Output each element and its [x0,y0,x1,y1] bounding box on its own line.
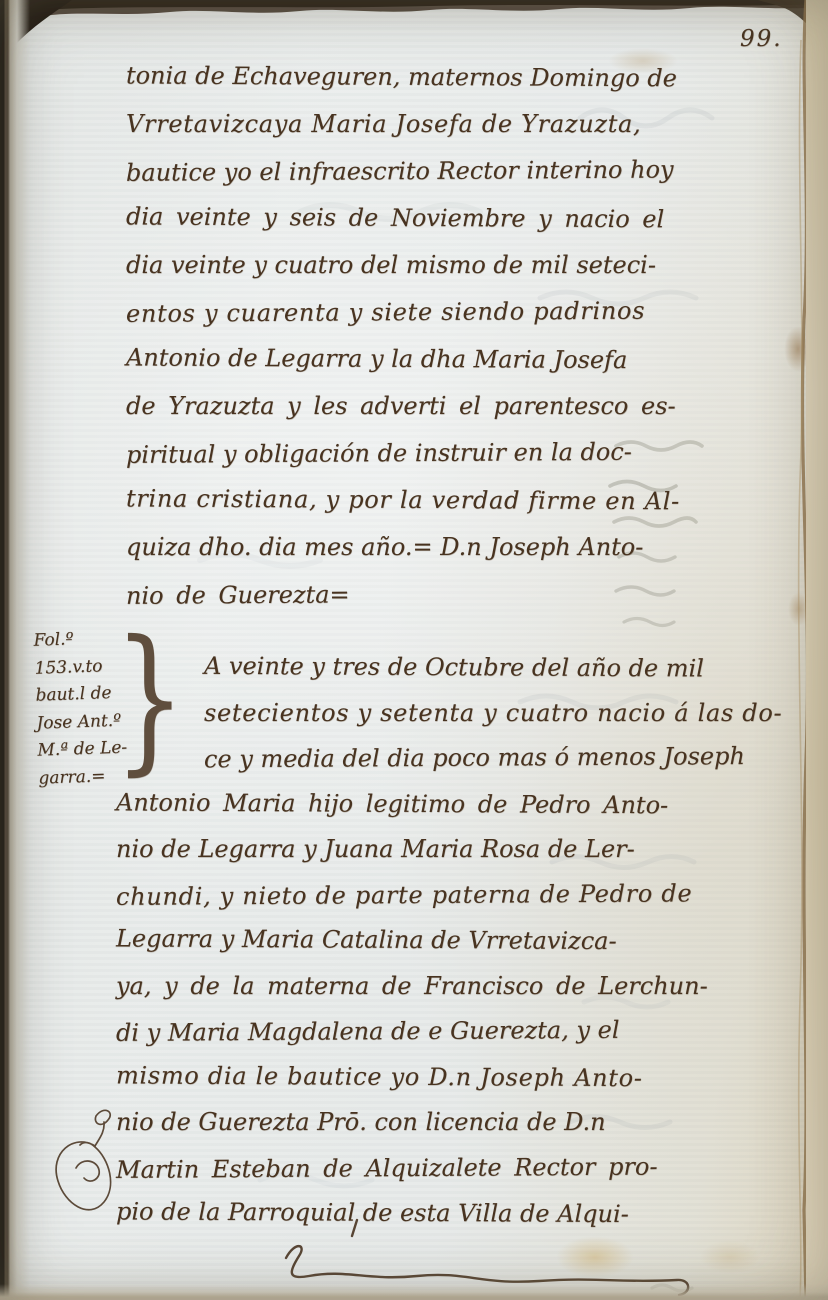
manuscript-line: de Yrazuzta y les adverti el parentesco … [106,383,746,430]
manuscript-line: Vrretavizcaya Maria Josefa de Yrazuzta, [106,101,746,148]
manuscript-line: ce y media del dia poco mas ó menos Jose… [100,734,750,783]
paper-stain [556,1236,634,1278]
manuscript-line: piritual y obligación de instruir en la … [106,428,746,479]
manuscript-line: di y Maria Magdalena de e Guerezta, y el [100,1007,750,1056]
manuscript-line: A veinte y tres de Octubre del año de mi… [100,643,750,692]
page-bottom-edge [0,1284,828,1300]
binding-edge [0,0,30,1300]
paper-stain [700,1240,760,1274]
manuscript-line: ya, y de la materna de Francisco de Lerc… [100,964,750,1010]
manuscript-line: chundi, y nieto de parte paterna de Pedr… [100,871,750,920]
manuscript-line: nio de Legarra y Juana Maria Rosa de Ler… [100,827,750,873]
manuscript-line: tonia de Echaveguren, maternos Domingo d… [106,52,746,102]
baptism-entry-continued: tonia de Echaveguren, maternos Domingo d… [106,54,746,618]
manuscript-line: nio de Guerezta= [106,569,746,620]
manuscript-line: Antonio de Legarra y la dha Maria Josefa [106,334,746,384]
manuscript-line: setecientos y setenta y cuatro nacio á l… [100,691,750,737]
manuscript-line: dia veinte y cuatro del mismo de mil set… [106,242,746,289]
manuscript-line: Antonio Maria hijo legitimo de Pedro Ant… [100,780,750,829]
manuscript-line: dia veinte y seis de Noviembre y nacio e… [106,193,746,243]
manuscript-line: entos y cuarenta y siete siendo padrinos [106,287,746,338]
baptism-entry-jose-antonio-legarra: A veinte y tres de Octubre del año de mi… [100,645,750,1237]
manuscript-line: trina cristiana, y por la verdad firme e… [106,475,746,525]
folio-number: 99. [740,26,783,52]
page-right-edge [806,0,828,1300]
page-top-edge [0,0,828,60]
manuscript-line: Martin Esteban de Alquizalete Rector pro… [100,1144,750,1193]
manuscript-line: mismo dia le bautice yo D.n Joseph Anto- [100,1053,750,1102]
manuscript-line: bautice yo el infraescrito Rector interi… [106,146,746,197]
manuscript-line: quiza dho. dia mes año.= D.n Joseph Anto… [106,524,746,571]
manuscript-line: nio de Guerezta Prō. con licencia de D.n [100,1100,750,1146]
manuscript-page: 99. tonia de Echaveguren, maternos Domin… [0,0,828,1300]
manuscript-line: Legarra y Maria Catalina de Vrretavizca- [100,916,750,965]
manuscript-line: pio de la Parroquial de esta Villa de Al… [100,1189,750,1238]
